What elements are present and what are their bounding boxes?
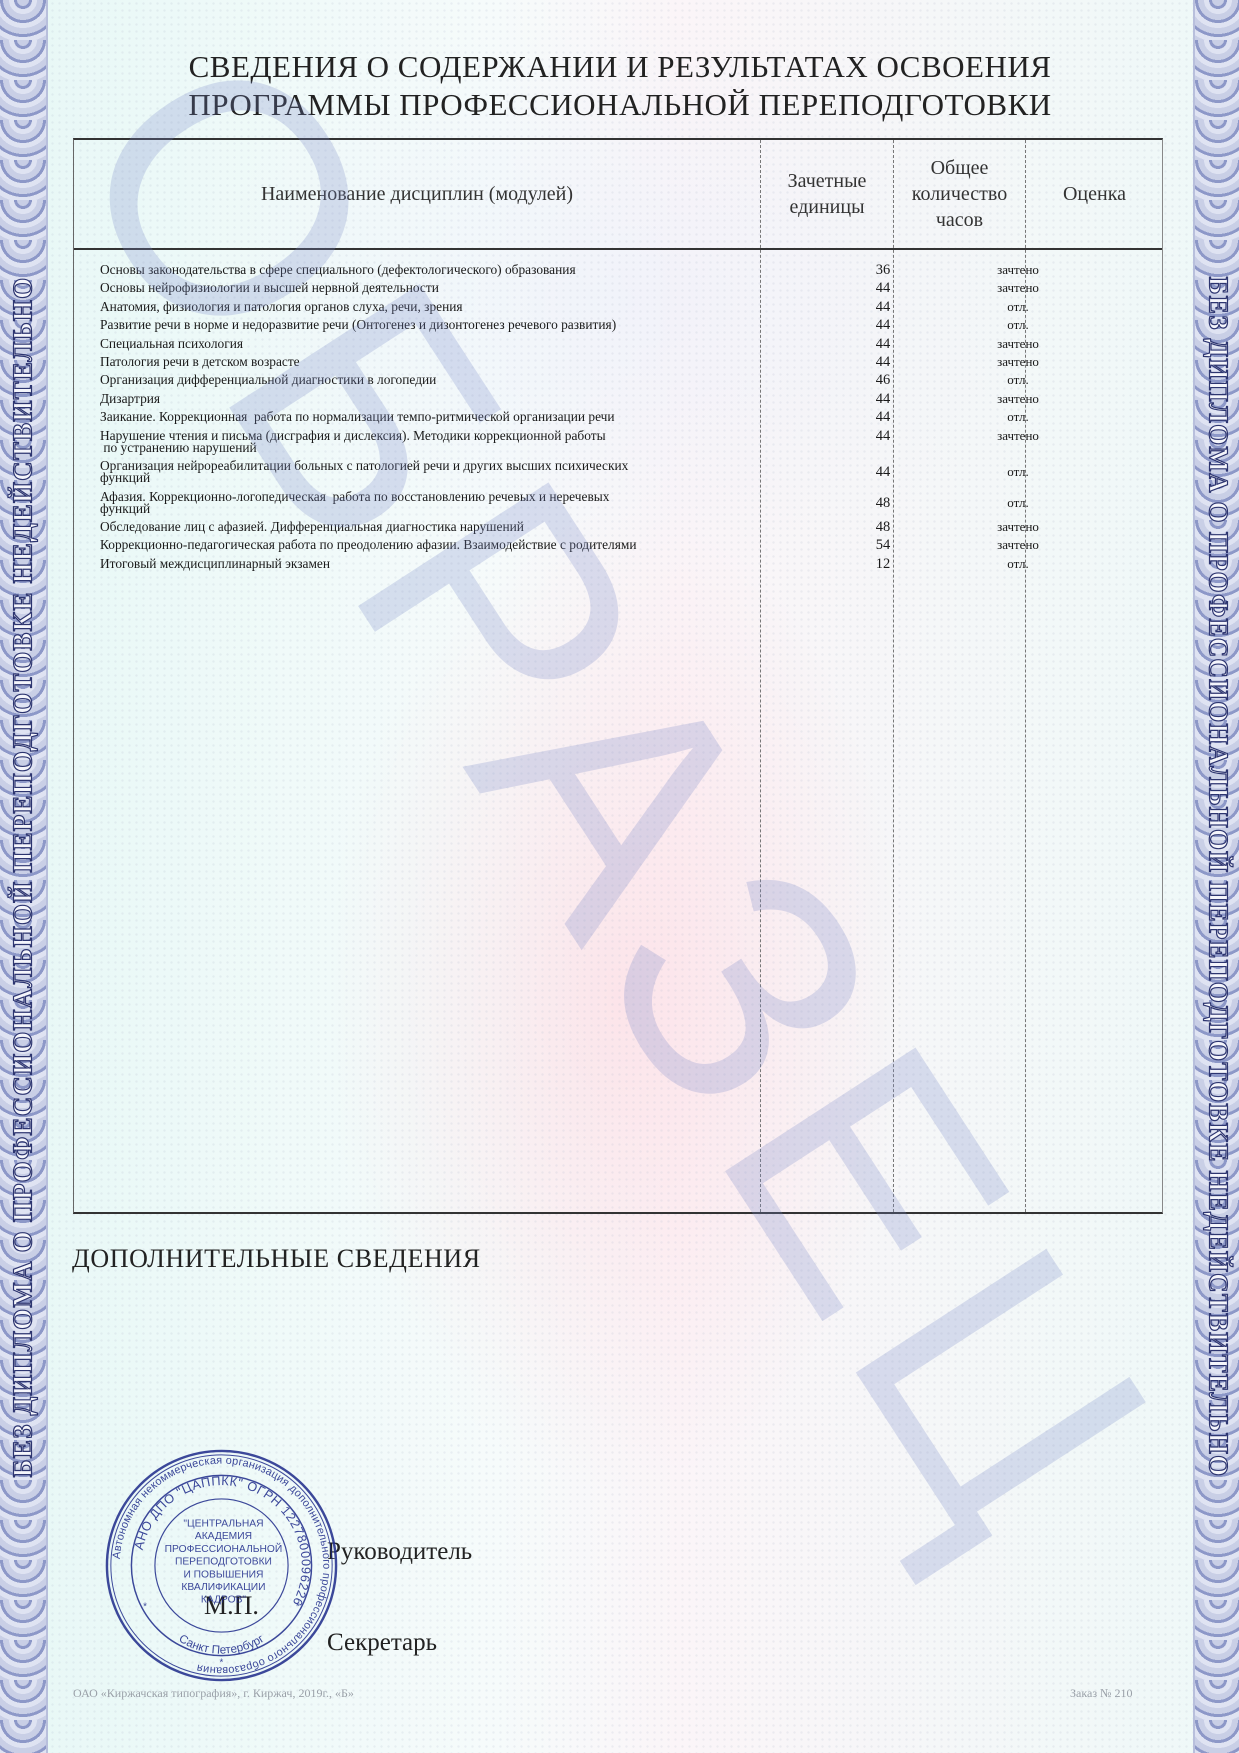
discipline-name-line: Дизартрия [100,393,683,405]
discipline-name-line: Развитие речи в норме и недоразвитие реч… [100,319,683,331]
organization-seal: Автономная некоммерческая организация до… [104,1448,339,1683]
discipline-name-line: Коррекционно-педагогическая работа по пр… [100,539,683,551]
secretary-signature-label: Секретарь [327,1629,437,1657]
header-units-line2: единицы [788,194,867,220]
credit-units [683,374,817,392]
credit-units [683,356,817,374]
credit-units [683,491,817,522]
discipline-name-line: функций [100,503,683,515]
right-security-border: БЕЗ ДИПЛОМА О ПРОФЕССИОНАЛЬНОЙ ПЕРЕПОДГО… [1193,0,1239,1753]
header-units-line1: Зачетные [788,168,867,194]
svg-text:Санкт Петербург: Санкт Петербург [177,1632,267,1657]
page-title: СВЕДЕНИЯ О СОДЕРЖАНИИ И РЕЗУЛЬТАТАХ ОСВО… [140,48,1100,124]
discipline-name: Заикание. Коррекционная работа по нормал… [74,411,683,429]
table-row: Итоговый междисциплинарный экзамен12отл. [74,558,1162,576]
discipline-name-line: по устранению нарушений [100,442,683,454]
credit-units [683,282,817,300]
right-border-text: БЕЗ ДИПЛОМА О ПРОФЕССИОНАЛЬНОЙ ПЕРЕПОДГО… [1203,276,1234,1477]
grade: отл. [949,374,1087,392]
table-row: Заикание. Коррекционная работа по нормал… [74,411,1162,429]
table-row: Развитие речи в норме и недоразвитие реч… [74,319,1162,337]
svg-text:"ЦЕНТРАЛЬНАЯ: "ЦЕНТРАЛЬНАЯ [183,1518,263,1529]
table-row: Организация дифференциальной диагностики… [74,374,1162,392]
table-body: Основы законодательства в сфере специаль… [74,264,1162,576]
total-hours: 48 [817,491,949,522]
grade: отл. [949,319,1087,337]
total-hours: 44 [817,430,949,461]
discipline-name: Афазия. Коррекционно-логопедическая рабо… [74,491,683,522]
discipline-name-line: Заикание. Коррекционная работа по нормал… [100,411,683,423]
credit-units [683,539,817,557]
head-signature-label: Руководитель [327,1538,472,1566]
left-security-border: БЕЗ ДИПЛОМА О ПРОФЕССИОНАЛЬНОЙ ПЕРЕПОДГО… [0,0,48,1753]
credit-units [683,521,817,539]
order-number: Заказ № 210 [1070,1686,1133,1701]
header-units: Зачетные единицы [761,140,893,248]
discipline-name-line: Анатомия, физиология и патология органов… [100,301,683,313]
table-row: Организация нейрореабилитации больных с … [74,460,1162,491]
header-divider [74,248,1162,250]
title-line-1: СВЕДЕНИЯ О СОДЕРЖАНИИ И РЕЗУЛЬТАТАХ ОСВО… [140,48,1100,86]
header-grade-text: Оценка [1063,181,1126,207]
printer-info: ОАО «Киржачская типография», г. Киржач, … [73,1686,354,1701]
discipline-name-line: функций [100,472,683,484]
svg-text:АКАДЕМИЯ: АКАДЕМИЯ [195,1531,252,1542]
discipline-name-line: Специальная психология [100,338,683,350]
left-border-text: БЕЗ ДИПЛОМА О ПРОФЕССИОНАЛЬНОЙ ПЕРЕПОДГО… [8,276,39,1477]
credit-units [683,393,817,411]
seal-city-text: Санкт Петербург [177,1632,267,1657]
discipline-name-line: Обследование лиц с афазией. Дифференциал… [100,521,683,533]
table-row: Нарушение чтения и письма (дисграфия и д… [74,430,1162,461]
header-grade: Оценка [1026,140,1163,248]
discipline-name: Итоговый междисциплинарный экзамен [74,558,683,576]
seal-center-text: "ЦЕНТРАЛЬНАЯАКАДЕМИЯПРОФЕССИОНАЛЬНОЙПЕРЕ… [165,1518,283,1605]
total-hours: 44 [817,411,949,429]
header-hours-line3: часов [912,207,1007,233]
discipline-name-line: Основы нейрофизиологии и высшей нервной … [100,282,683,294]
svg-text:КВАЛИФИКАЦИИ: КВАЛИФИКАЦИИ [181,1582,265,1593]
svg-text:КАДРОВ": КАДРОВ" [201,1595,247,1606]
credit-units [683,301,817,319]
svg-text:ПЕРЕПОДГОТОВКИ: ПЕРЕПОДГОТОВКИ [175,1557,272,1568]
grade: отл. [949,491,1087,522]
svg-text:И ПОВЫШЕНИЯ: И ПОВЫШЕНИЯ [183,1569,263,1580]
svg-text:*: * [296,1602,300,1613]
credit-units [683,430,817,461]
discipline-name: Нарушение чтения и письма (дисграфия и д… [74,430,683,461]
header-hours: Общее количество часов [894,140,1025,248]
header-name-text: Наименование дисциплин (модулей) [261,181,573,207]
grade: отл. [949,411,1087,429]
credit-units [683,264,817,282]
discipline-name-line: Основы законодательства в сфере специаль… [100,264,683,276]
grade: зачтено [949,430,1087,461]
discipline-name-line: Патология речи в детском возрасте [100,356,683,368]
svg-text:ПРОФЕССИОНАЛЬНОЙ: ПРОФЕССИОНАЛЬНОЙ [165,1542,283,1555]
discipline-name-line: Итоговый междисциплинарный экзамен [100,558,683,570]
credit-units [683,460,817,491]
title-line-2: ПРОГРАММЫ ПРОФЕССИОНАЛЬНОЙ ПЕРЕПОДГОТОВК… [140,86,1100,124]
credit-units [683,319,817,337]
discipline-name: Организация нейрореабилитации больных с … [74,460,683,491]
total-hours: 44 [817,460,949,491]
total-hours: 46 [817,374,949,392]
discipline-name-line: Организация дифференциальной диагностики… [100,374,683,386]
grade: отл. [949,558,1087,576]
svg-text:*: * [143,1602,147,1613]
disciplines-table: Наименование дисциплин (модулей) Зачетны… [73,138,1163,1214]
header-name: Наименование дисциплин (модулей) [74,140,760,248]
credit-units [683,558,817,576]
header-hours-line1: Общее [912,155,1007,181]
discipline-name-line: Афазия. Коррекционно-логопедическая рабо… [100,491,683,503]
grade: отл. [949,460,1087,491]
credit-units [683,411,817,429]
additional-info-title: ДОПОЛНИТЕЛЬНЫЕ СВЕДЕНИЯ [72,1244,481,1274]
table-row: Афазия. Коррекционно-логопедическая рабо… [74,491,1162,522]
credit-units [683,338,817,356]
discipline-name-line: Организация нейрореабилитации больных с … [100,460,683,472]
svg-text:*: * [220,1657,224,1668]
total-hours: 12 [817,558,949,576]
header-hours-line2: количество [912,181,1007,207]
total-hours: 44 [817,319,949,337]
discipline-name: Организация дифференциальной диагностики… [74,374,683,392]
discipline-name: Развитие речи в норме и недоразвитие реч… [74,319,683,337]
